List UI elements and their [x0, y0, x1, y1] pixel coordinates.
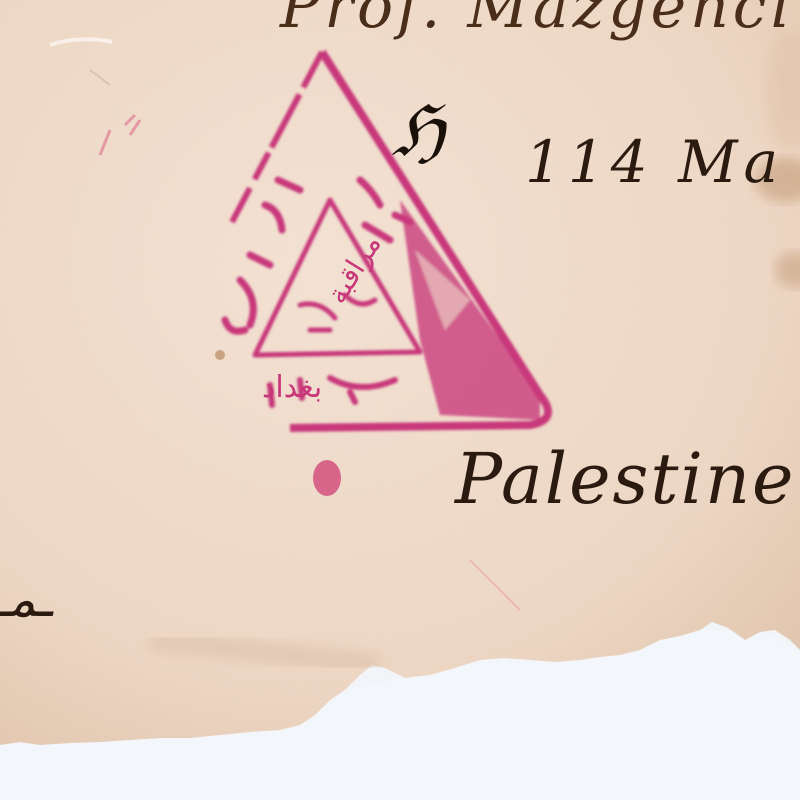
address-line-1: Prof. Mazgenci	[280, 0, 794, 42]
address-left-fragment: ـمـ	[0, 570, 52, 628]
address-line-3: Palestine	[455, 438, 795, 520]
cachet-text-lower: بغداد	[262, 370, 322, 405]
address-line-2: 114 Ma	[525, 128, 784, 196]
handwritten-initial: ℌ	[392, 90, 445, 172]
ink-blot	[313, 460, 341, 496]
